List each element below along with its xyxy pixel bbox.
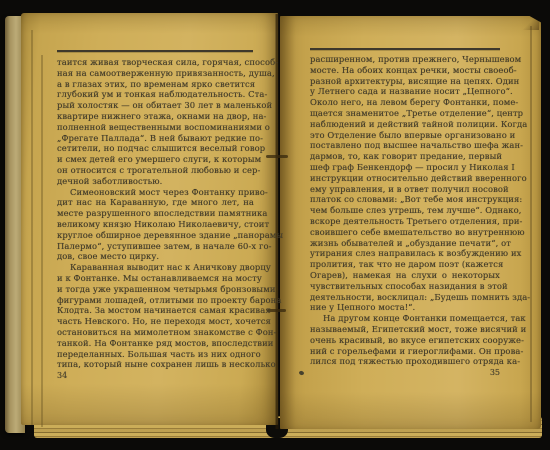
text-line: „Фрегате Паллада“. В ней бывают редкие п… xyxy=(57,133,254,144)
text-line: На другом конце Фонтанки помещается, так xyxy=(310,313,500,324)
text-line: глубокий ум и тонкая наблюдательность. С… xyxy=(57,89,254,100)
text-line: щается знаменитое „Третье отделение“, це… xyxy=(310,108,500,119)
text-line: дармов, то, как говорит предание, первый xyxy=(310,151,500,162)
text-line: называемый, Египетский мост, тоже висячи… xyxy=(310,324,500,335)
text-line: у Летнего сада и название носит „Цепного… xyxy=(310,86,500,97)
text-line: и тогда уже украшенном четырьмя бронзовы… xyxy=(57,284,254,295)
ink-spot xyxy=(121,226,123,228)
text-line: дечной заботливостью. xyxy=(57,176,254,187)
left-page-text: таится живая творческая сила, горячая, с… xyxy=(57,57,254,370)
text-line: Около него, на левом берегу Фонтанки, по… xyxy=(310,97,500,108)
underpage-edge xyxy=(41,55,43,427)
text-line: разной архитектуры, висящие на цепях. Од… xyxy=(310,76,500,87)
text-line: Клодта. За мостом начинается самая краси… xyxy=(57,305,254,316)
text-line: Палермо“, уступившее затем, в начале 60-… xyxy=(57,241,254,252)
text-line: и к Фонтанке. Мы останавливаемся на мост… xyxy=(57,273,254,284)
text-line: платок со словами: „Вот тебе моя инструк… xyxy=(310,194,500,205)
text-line: инструкции относительно действий вверенн… xyxy=(310,173,500,184)
text-line: чувствительных способах назидания в этой xyxy=(310,281,500,292)
text-line: таится живая творческая сила, горячая, с… xyxy=(57,57,254,68)
ink-spot xyxy=(420,188,422,190)
page-number-right: 35 xyxy=(310,368,500,377)
text-line: своившего себе вмешательство во внутренн… xyxy=(310,227,500,238)
text-line: остановиться на мимолетном знакомстве с … xyxy=(57,327,254,338)
text-line: мосте. На обоих концах речки, мосты свое… xyxy=(310,65,500,76)
text-line: лился под тяжестью проходившего отряда к… xyxy=(310,356,500,367)
text-line: ему управления, и в ответ получил носово… xyxy=(310,184,500,195)
text-line: утирания слез направилась к возбуждению … xyxy=(310,248,500,259)
text-line: расширенном, против прежнего, Чернышевом xyxy=(310,54,500,65)
right-page-text: расширенном, против прежнего, Чернышевом… xyxy=(310,54,500,367)
text-line: пролития, так что не даром поэт (кажется xyxy=(310,259,500,270)
text-line: чем больше слез утрешь, тем лучше“. Одна… xyxy=(310,205,500,216)
text-line: ний с горельефами и гиероглифами. Он про… xyxy=(310,346,500,357)
page-number-left: 34 xyxy=(57,371,67,380)
text-line: деятельности, восклицал: „Будешь помнить… xyxy=(310,292,500,303)
text-line: Симеоновский мост через Фонтанку приво- xyxy=(57,187,254,198)
text-line: Караванная выводит нас к Аничкову дворцу xyxy=(57,262,254,273)
text-line: квартире нижнего этажа, окнами на двор, … xyxy=(57,111,254,122)
text-line: круглое обширное деревянное здание „пано… xyxy=(57,230,254,241)
text-line: он относится с трогательной любовью и се… xyxy=(57,165,254,176)
torn-corner xyxy=(526,14,542,23)
text-line: ная на самоотверженную привязанность, ду… xyxy=(57,68,254,79)
text-line: месте разрушенного впоследствии памятник… xyxy=(57,208,254,219)
text-line: великому князю Николаю Николаевичу, стои… xyxy=(57,219,254,230)
header-rule-left xyxy=(57,50,253,52)
text-line: часть Невского. Но, не переходя мост, хо… xyxy=(57,316,254,327)
text-line: шеф граф Бенкендорф — просил у Николая I xyxy=(310,162,500,173)
open-book-photo: таится живая творческая сила, горячая, с… xyxy=(0,0,550,450)
text-line: это Отделение было впервые организовано … xyxy=(310,130,500,141)
text-line: а в глазах этих, по временам ярко светит… xyxy=(57,79,254,90)
header-rule-right xyxy=(310,48,500,50)
text-line: и смех детей его умершего слуги, к котор… xyxy=(57,154,254,165)
text-line: типа, который ныне сохранен лишь в неско… xyxy=(57,359,254,370)
binding-thread xyxy=(266,155,288,158)
text-line: рый холостяк — он обитает 30 лет в мален… xyxy=(57,100,254,111)
text-line: ние у Цепного моста!“. xyxy=(310,302,500,313)
text-line: Огарев), намекая на слухи о некоторых xyxy=(310,270,500,281)
text-line: фигурами лошадей, отлитыми по проекту ба… xyxy=(57,295,254,306)
text-line: сетители, но подчас слышится веселый гов… xyxy=(57,143,254,154)
text-line: переделанных. Большая часть из них одног… xyxy=(57,349,254,360)
text-line: вскоре деятельность Третьего отделения, … xyxy=(310,216,500,227)
text-line: жизнь обывателей и „обуздание печати“, о… xyxy=(310,238,500,249)
text-line: поставлено под высшее начальство шефа жа… xyxy=(310,140,500,151)
underpage-edge xyxy=(31,30,33,425)
text-line: очень красивый, во вкусе египетских соор… xyxy=(310,335,500,346)
text-line: дов, свое место цирку. xyxy=(57,251,254,262)
text-line: танкой. На Фонтанке ряд мостов, впоследс… xyxy=(57,338,254,349)
text-line: дит нас на Караванную, где много лет, на xyxy=(57,197,254,208)
text-line: наблюдений и действий тайной полиции. Ко… xyxy=(310,119,500,130)
underpage-edge xyxy=(530,26,532,422)
text-line: полненной вещественными воспоминаниями о xyxy=(57,122,254,133)
